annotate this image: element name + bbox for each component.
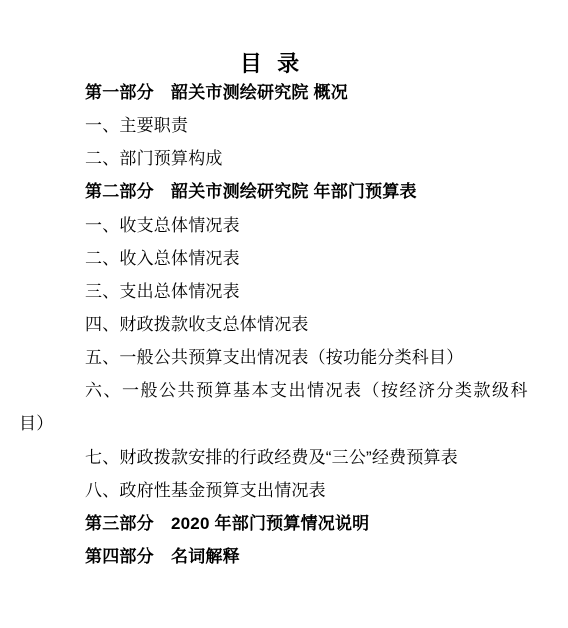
toc-line-15: 第四部分 名词解释 [19, 540, 548, 573]
toc-line-11: 目） [19, 407, 548, 440]
toc-line-4: 第二部分 韶关市测绘研究院 年部门预算表 [19, 175, 548, 208]
document-page: 目 录 第一部分 韶关市测绘研究院 概况一、主要职责二、部门预算构成第二部分 韶… [0, 0, 568, 628]
toc-line-9: 五、一般公共预算支出情况表（按功能分类科目） [19, 341, 548, 374]
toc-line-6: 二、收入总体情况表 [19, 242, 548, 275]
toc-list: 第一部分 韶关市测绘研究院 概况一、主要职责二、部门预算构成第二部分 韶关市测绘… [19, 76, 548, 573]
toc-line-12: 七、财政拨款安排的行政经费及“三公”经费预算表 [19, 441, 548, 474]
toc-line-2: 一、主要职责 [19, 109, 548, 142]
toc-line-3: 二、部门预算构成 [19, 142, 548, 175]
toc-line-7: 三、支出总体情况表 [19, 275, 548, 308]
toc-line-13: 八、政府性基金预算支出情况表 [19, 474, 548, 507]
toc-line-14: 第三部分 2020 年部门预算情况说明 [19, 507, 548, 540]
toc-line-10: 六、一般公共预算基本支出情况表（按经济分类款级科 [19, 374, 548, 407]
toc-line-5: 一、收支总体情况表 [19, 209, 548, 242]
toc-line-8: 四、财政拨款收支总体情况表 [19, 308, 548, 341]
toc-line-1: 第一部分 韶关市测绘研究院 概况 [19, 76, 548, 109]
toc-title: 目 录 [0, 50, 540, 77]
